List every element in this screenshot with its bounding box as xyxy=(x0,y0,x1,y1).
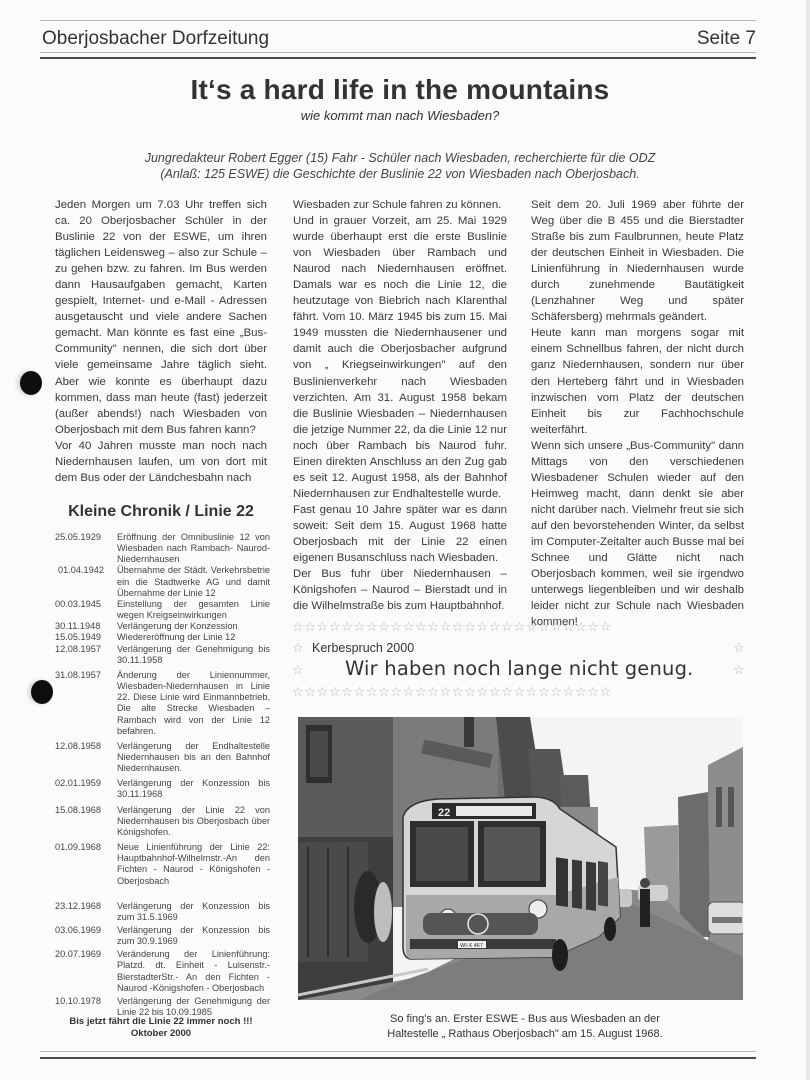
chronik-date: 12.08.1957 xyxy=(55,644,117,666)
article-column-1: Jeden Morgen um 7.03 Uhr treffen sich ca… xyxy=(55,197,267,486)
article-headline: It‘s a hard life in the mountains xyxy=(0,74,800,106)
chronik-entry: 00.03.1945Einstellung der gesamten Linie… xyxy=(55,599,270,621)
chronik-text: Veränderung der Linienführung: Platzd. d… xyxy=(117,949,270,994)
page-edge xyxy=(806,0,810,1080)
chronik-footer-line-1: Bis jetzt fährt die Linie 22 immer noch … xyxy=(55,1016,267,1028)
paragraph: Fast genau 10 Jahre später war es dann s… xyxy=(293,502,507,566)
chronik-text: Verlängerung der Konzession bis zum 30.9… xyxy=(117,925,270,947)
chronik-entry: 30.11.1948Verlängerung der Konzession xyxy=(55,621,270,632)
star-icon: ☆ xyxy=(292,664,304,678)
chronik-text: Einstellung der gesamten Linie wegen Kre… xyxy=(117,599,270,621)
chronik-entry: 31.08.1957Änderung der Liniennummer, Wie… xyxy=(55,670,270,737)
chronik-date: 02.01.1959 xyxy=(55,778,117,800)
chronik-text: Eröffnung der Omnibuslinie 12 von Wiesba… xyxy=(117,532,270,565)
chronik-footer-line-2: Oktober 2000 xyxy=(55,1028,267,1040)
publication-title: Oberjosbacher Dorfzeitung xyxy=(42,28,269,50)
byline-line-2: (Anlaß: 125 ESWE) die Geschichte der Bus… xyxy=(0,166,800,182)
chronik-date: 20.07.1969 xyxy=(55,949,117,994)
chronik-title: Kleine Chronik / Linie 22 xyxy=(55,503,267,521)
chronik-text: Verlängerung der Linie 22 von Niedernhau… xyxy=(117,805,270,838)
paragraph: Und in grauer Vorzeit, am 25. Mai 1929 w… xyxy=(293,213,507,502)
bus-route-number: 22 xyxy=(438,807,450,819)
paragraph: Jeden Morgen um 7.03 Uhr treffen sich ca… xyxy=(55,197,267,438)
chronik-text: Übernahme der Städt. Verkehrsbetrie ein … xyxy=(117,565,270,598)
footer-rule-thick xyxy=(40,1057,756,1059)
photo-caption: So fing's an. Erster ESWE - Bus aus Wies… xyxy=(290,1012,760,1042)
chronik-list: 25.05.1929Eröffnung der Omnibuslinie 12 … xyxy=(55,532,270,1018)
chronik-date: 30.11.1948 xyxy=(55,621,117,632)
chronik-entry: 01.09.1968Neue Linienführung der Linie 2… xyxy=(55,842,270,887)
chronik-date: 01.09.1968 xyxy=(55,842,117,887)
chronik-date: 12.08.1958 xyxy=(55,741,117,774)
paragraph: Vor 40 Jahren musste man noch nach Niede… xyxy=(55,438,267,486)
page-number: Seite 7 xyxy=(697,28,756,50)
chronik-text: Neue Linienführung der Linie 22: Hauptba… xyxy=(117,842,270,887)
chronik-date: 31.08.1957 xyxy=(55,670,117,737)
chronik-text: Verlängerung der Genehmigung der Linie 2… xyxy=(117,996,270,1018)
paragraph: Wiesbaden zur Schule fahren zu können. xyxy=(293,197,507,213)
chronik-entry: 02.01.1959Verlängerung der Konzession bi… xyxy=(55,778,270,800)
chronik-entry: 15.08.1968Verlängerung der Linie 22 von … xyxy=(55,805,270,838)
star-icon: ☆ xyxy=(733,642,745,656)
chronik-date: 00.03.1945 xyxy=(55,599,117,621)
punch-hole xyxy=(20,371,42,395)
chronik-entry: 12.08.1957Verlängerung der Genehmigung b… xyxy=(55,644,270,666)
chronik-date: 03.06.1969 xyxy=(55,925,117,947)
chronik-date: 10.10.1978 xyxy=(55,996,117,1018)
star-border-top: ☆☆☆☆☆☆☆☆☆☆☆☆☆☆☆☆☆☆☆☆☆☆☆☆☆☆ xyxy=(292,621,747,635)
chronik-entry: 01.04.1942Übernahme der Städt. Verkehrsb… xyxy=(55,565,270,598)
header-top-rule xyxy=(40,20,756,21)
caption-line-2: Haltestelle „ Rathaus Oberjosbach" am 15… xyxy=(290,1027,760,1042)
article-byline: Jungredakteur Robert Egger (15) Fahr - S… xyxy=(0,150,800,182)
header-rule-thick xyxy=(40,57,756,59)
chronik-date: 15.05.1949 xyxy=(55,632,117,643)
chronik-text: Verlängerung der Genehmigung bis 30.11.1… xyxy=(117,644,270,666)
license-plate: WI-X 467 xyxy=(460,943,483,949)
chronik-entry: 25.05.1929Eröffnung der Omnibuslinie 12 … xyxy=(55,532,270,565)
header-rule-thin xyxy=(40,52,756,53)
star-icon: ☆ xyxy=(733,664,745,678)
chronik-entry: 23.12.1968Verlängerung der Konzession bi… xyxy=(55,901,270,923)
footer-rule-thin xyxy=(40,1051,756,1052)
star-icon: ☆ xyxy=(292,642,304,656)
paragraph: Wenn sich unsere „Bus-Community" dann Mi… xyxy=(531,438,744,631)
chronik-text: Verlängerung der Konzession bis zum 31.5… xyxy=(117,901,270,923)
kerbespruch-quote: Wir haben noch lange nicht genug. xyxy=(345,657,694,680)
chronik-text: Wiedereröffnung der Linie 12 xyxy=(117,632,270,643)
chronik-date: 25.05.1929 xyxy=(55,532,117,565)
newspaper-page: Oberjosbacher Dorfzeitung Seite 7 It‘s a… xyxy=(0,0,810,1080)
chronik-entry: 20.07.1969Veränderung der Linienführung:… xyxy=(55,949,270,994)
chronik-text: Änderung der Liniennummer, Wiesbaden-Nie… xyxy=(117,670,270,737)
star-border-bottom: ☆☆☆☆☆☆☆☆☆☆☆☆☆☆☆☆☆☆☆☆☆☆☆☆☆☆ xyxy=(292,686,747,700)
chronik-text: Verlängerung der Konzession xyxy=(117,621,270,632)
paragraph: Der Bus fuhr über Niedernhausen – Königs… xyxy=(293,566,507,614)
caption-line-1: So fing's an. Erster ESWE - Bus aus Wies… xyxy=(290,1012,760,1027)
kerbespruch-label: Kerbespruch 2000 xyxy=(312,641,414,655)
article-column-3: Seit dem 20. Juli 1969 aber führte der W… xyxy=(531,197,744,630)
chronik-text: Verlängerung der Endhaltestelle Niedernh… xyxy=(117,741,270,774)
paragraph: Seit dem 20. Juli 1969 aber führte der W… xyxy=(531,197,744,325)
chronik-entry: 15.05.1949Wiedereröffnung der Linie 12 xyxy=(55,632,270,643)
chronik-date: 23.12.1968 xyxy=(55,901,117,923)
article-column-2: Wiesbaden zur Schule fahren zu können. U… xyxy=(293,197,507,614)
chronik-entry: 12.08.1958Verlängerung der Endhaltestell… xyxy=(55,741,270,774)
chronik-text: Verlängerung der Konzession bis 30.11.19… xyxy=(117,778,270,800)
article-subhead: wie kommt man nach Wiesbaden? xyxy=(0,108,800,123)
chronik-entry: 10.10.1978Verlängerung der Genehmigung d… xyxy=(55,996,270,1018)
chronik-date: 15.08.1968 xyxy=(55,805,117,838)
chronik-entry: 03.06.1969Verlängerung der Konzession bi… xyxy=(55,925,270,947)
chronik-date: 01.04.1942 xyxy=(55,565,117,598)
chronik-footer: Bis jetzt fährt die Linie 22 immer noch … xyxy=(55,1016,267,1040)
paragraph: Heute kann man morgens sogar mit einem S… xyxy=(531,325,744,437)
byline-line-1: Jungredakteur Robert Egger (15) Fahr - S… xyxy=(0,150,800,166)
punch-hole xyxy=(31,680,53,704)
bus-photo: 22 WI-X 467 xyxy=(298,717,743,1000)
